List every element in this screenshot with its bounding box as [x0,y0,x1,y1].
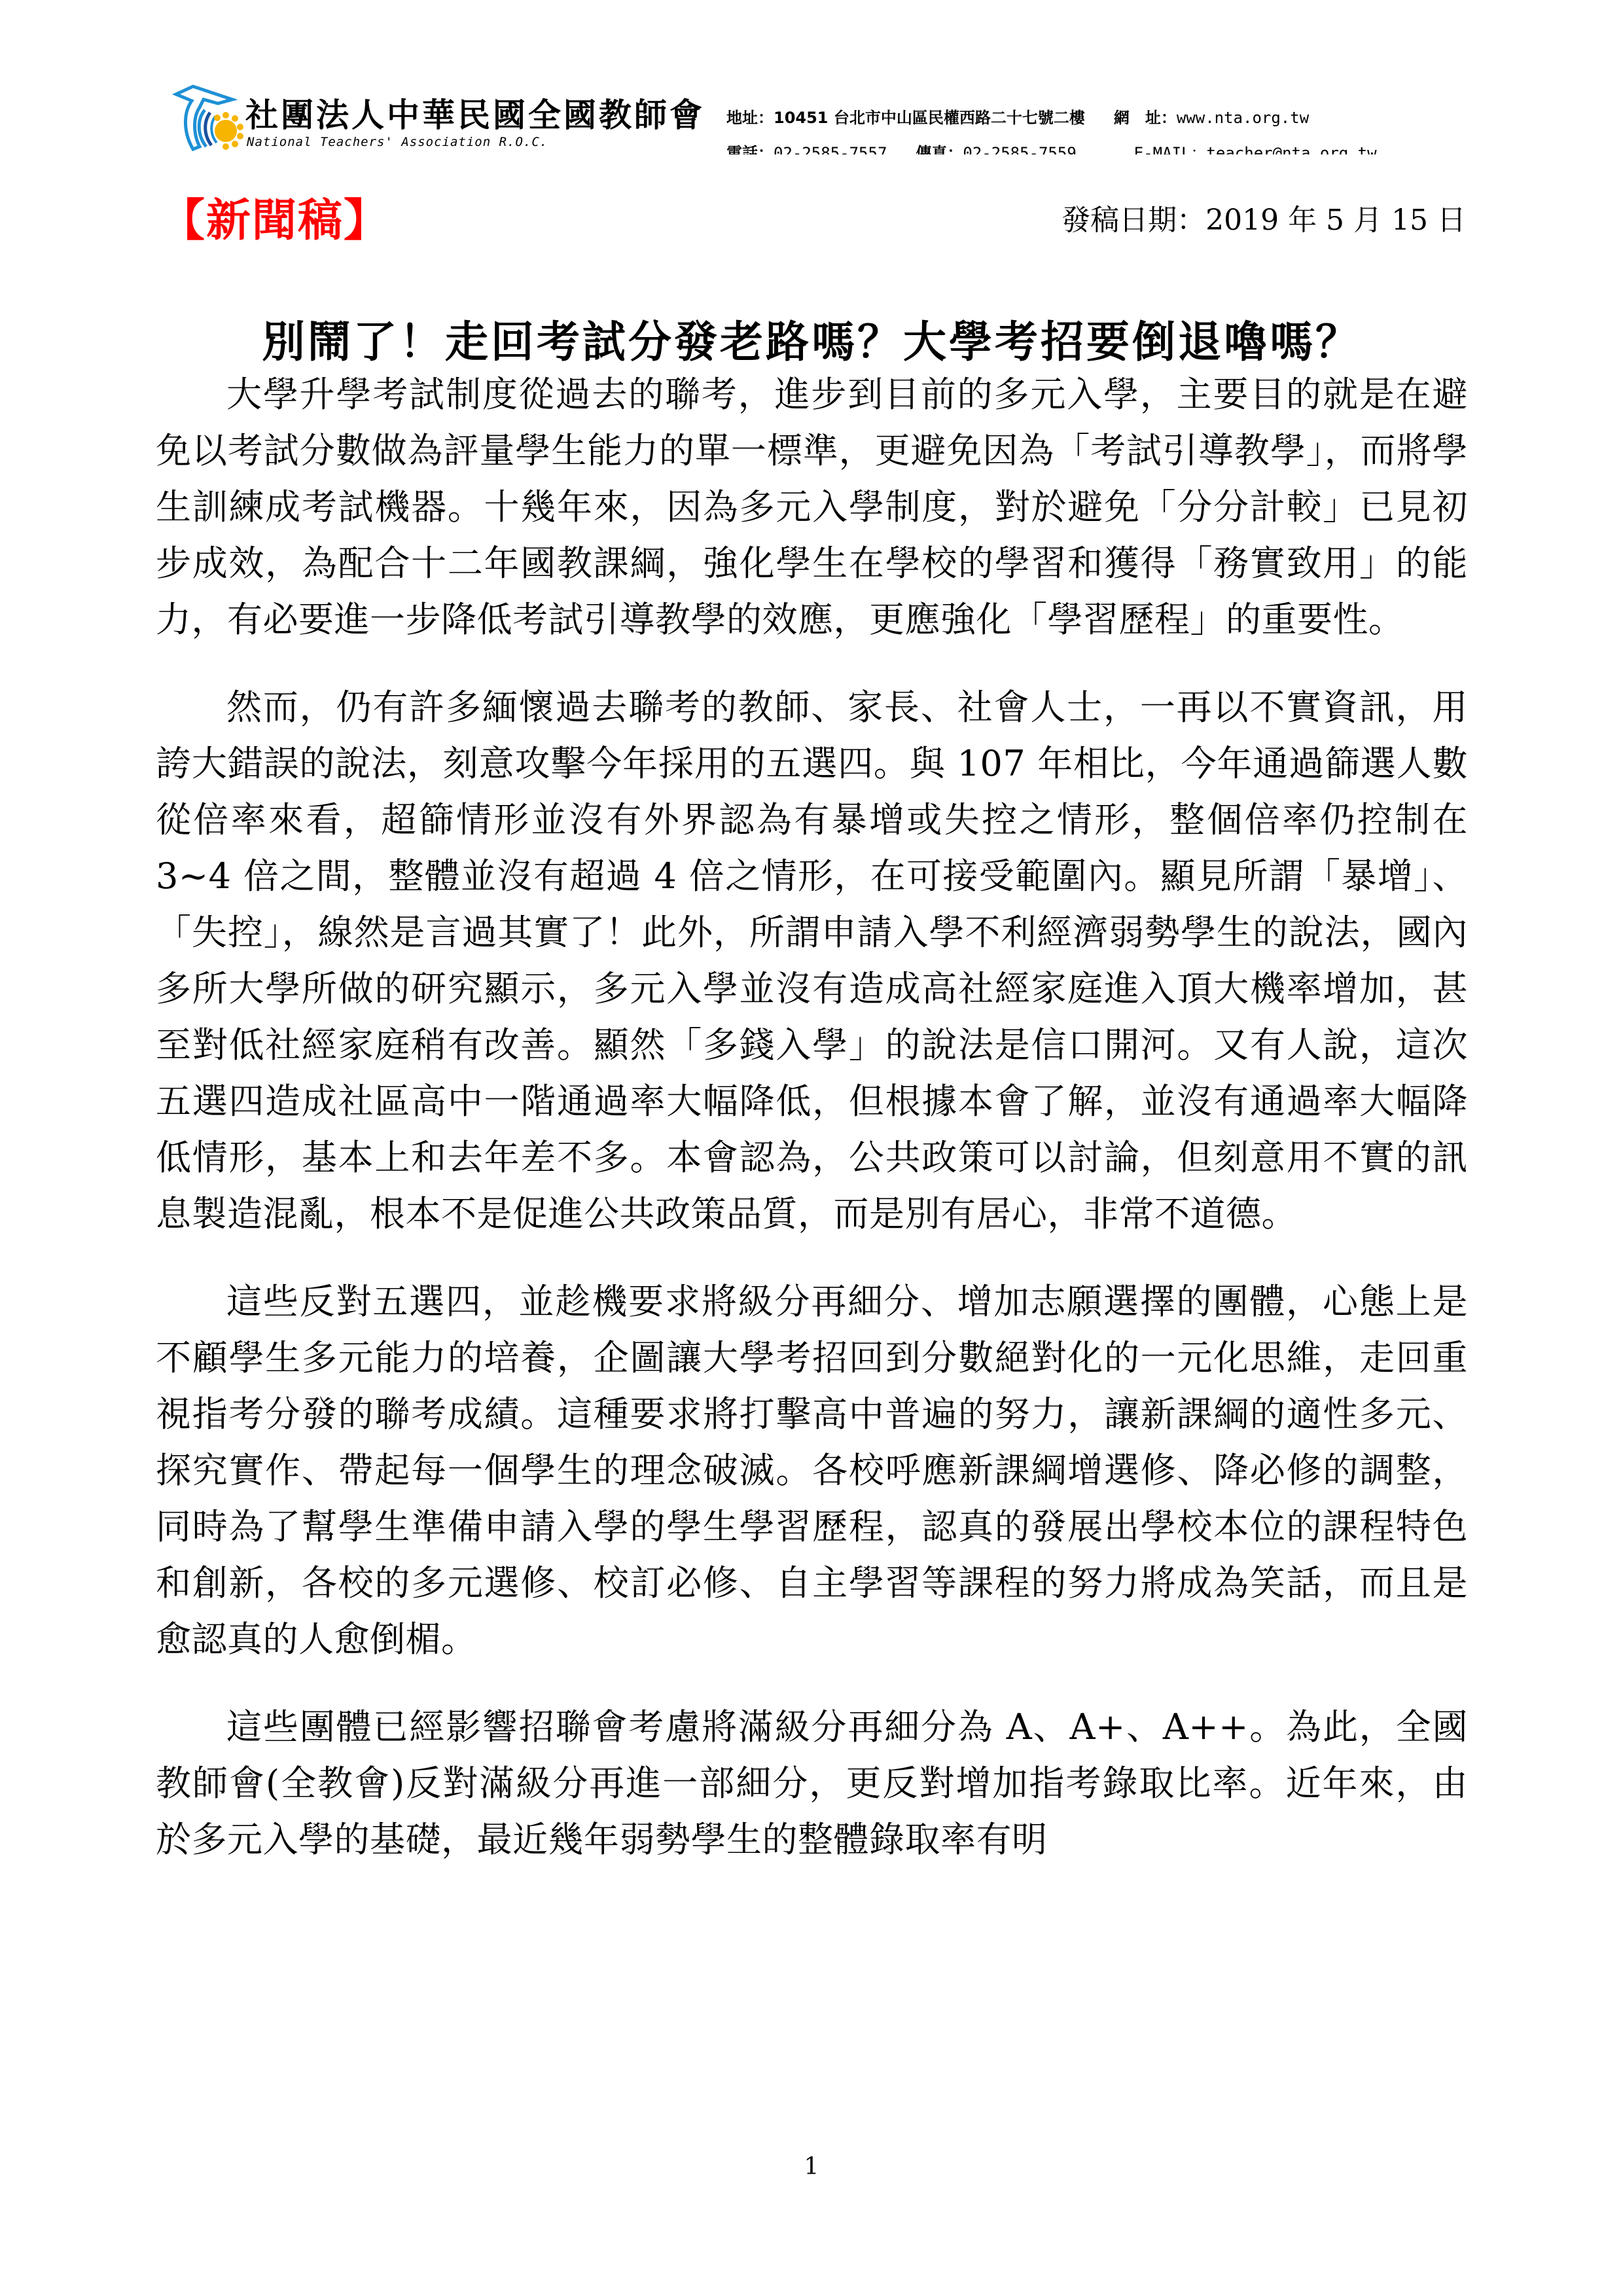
fax-label: 傳真： [916,144,963,154]
website-label: 網 址： [1114,109,1177,127]
contact-row-phone: 電話：02-2585-7557傳真：02-2585-7559E-MAIL：tea… [726,140,1377,154]
org-name-zh: 社團法人中華民國全國教師會 [245,89,705,136]
paragraph-1: 大學升學考試制度從過去的聯考，進步到目前的多元入學，主要目的就是在避免以考試分數… [156,367,1468,648]
headline: 別鬧了！走回考試分發老路嗎？大學考招要倒退嚕嗎？ [157,307,1466,369]
issue-date: 發稿日期：2019 年 5 月 15 日 [1061,196,1466,238]
nta-logo-icon [167,81,245,153]
phone-label: 電話： [726,144,774,154]
address-label: 地址： [726,109,774,127]
fax-value: 02-2585-7559 [963,144,1076,154]
paragraph-3: 這些反對五選四，並趁機要求將級分再細分、增加志願選擇的團體，心態上是不顧學生多元… [156,1274,1468,1668]
letterhead: 社團法人中華民國全國教師會 National Teachers' Associa… [167,77,1476,156]
article-body: 大學升學考試制度從過去的聯考，進步到目前的多元入學，主要目的就是在避免以考試分數… [156,367,1468,1899]
website-value[interactable]: www.nta.org.tw [1177,109,1309,127]
contact-row-address: 地址：10451 台北市中山區民權西路二十七號二樓網 址：www.nta.org… [726,105,1309,128]
org-name-en: National Teachers' Association R.O.C. [247,135,548,149]
address-value: 10451 台北市中山區民權西路二十七號二樓 [774,109,1085,127]
phone-value: 02-2585-7557 [774,144,887,154]
email-value[interactable]: teacher@nta.org.tw [1206,144,1376,154]
paragraph-4: 這些團體已經影響招聯會考慮將滿級分再細分為 A、A+、A++。為此，全國教師會(… [156,1699,1468,1868]
press-release-tag: 【新聞稿】 [160,185,389,249]
paragraph-2: 然而，仍有許多緬懷過去聯考的教師、家長、社會人士，一再以不實資訊，用誇大錯誤的說… [156,679,1468,1242]
page-number: 1 [0,2153,1623,2180]
email-label: E-MAIL： [1134,144,1207,154]
